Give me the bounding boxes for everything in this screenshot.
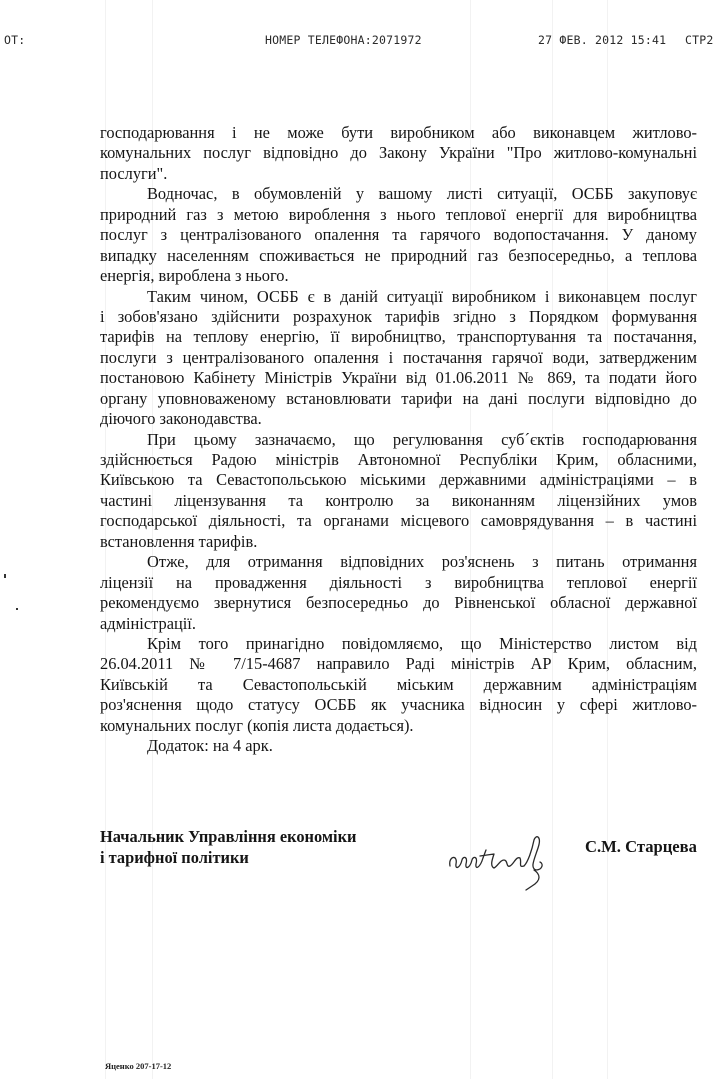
executor-note: Яценко 207-17-12: [105, 1061, 171, 1071]
body-line: Київською та Севастопольською міськими д…: [100, 470, 697, 490]
body-line: Київській та Севастопольській міським де…: [100, 675, 697, 695]
body-line: здійснюється Радою міністрів Автономної …: [100, 450, 697, 470]
signatory-title-line: і тарифної політики: [100, 847, 356, 868]
fax-from-label: ОТ:: [4, 33, 25, 47]
body-line: При цьому зазначаємо, що регулювання суб…: [100, 430, 697, 450]
fax-header: ОТ: НОМЕР ТЕЛЕФОНА:2071972 27 ФЕВ. 2012 …: [0, 0, 728, 40]
body-line: комунальних послуг (копія листа додаєтьс…: [100, 716, 697, 736]
signatory-name: С.М. Старцева: [585, 837, 697, 857]
body-line: адміністрації.: [100, 614, 697, 634]
body-line: комунальних послуг відповідно до Закону …: [100, 143, 697, 163]
letter-body: господарювання і не може бути виробником…: [100, 123, 697, 757]
body-line: природний газ з метою вироблення з нього…: [100, 205, 697, 225]
body-line: Крім того принагідно повідомляємо, що Мі…: [100, 634, 697, 654]
body-line: енергія, вироблена з нього.: [100, 266, 697, 286]
body-line: тарифів на теплову енергію, її виробницт…: [100, 327, 697, 347]
signatory-title: Начальник Управління економіки і тарифно…: [100, 826, 356, 868]
handwritten-signature-icon: [446, 826, 566, 896]
fax-phone-number: НОМЕР ТЕЛЕФОНА:2071972: [265, 33, 422, 47]
body-line: послуг з централізованого опалення та га…: [100, 225, 697, 245]
fax-page-number: СТР2: [685, 33, 714, 47]
body-line: 26.04.2011 № 7/15-4687 направило Раді мі…: [100, 654, 697, 674]
body-line: діючого законодавства.: [100, 409, 697, 429]
body-line: Отже, для отримання відповідних роз'ясне…: [100, 552, 697, 572]
body-line: постановою Кабінету Міністрів України ві…: [100, 368, 697, 388]
body-line: випадку населенням споживається не приро…: [100, 246, 697, 266]
body-line: рекомендуємо звернутися безпосередньо до…: [100, 593, 697, 613]
body-line: послуги з централізованого опалення і по…: [100, 348, 697, 368]
attachment-note: Додаток: на 4 арк.: [100, 736, 697, 756]
body-line: послуги".: [100, 164, 697, 184]
body-line: роз'яснення щодо статусу ОСББ як учасник…: [100, 695, 697, 715]
body-line: господарської діяльності, та органами мі…: [100, 511, 697, 531]
scan-speck: [4, 574, 6, 578]
scan-speck: [16, 608, 18, 610]
body-line: Водночас, в обумовленій у вашому листі с…: [100, 184, 697, 204]
body-line: і зобов'язано здійснити розрахунок тариф…: [100, 307, 697, 327]
body-line: господарювання і не може бути виробником…: [100, 123, 697, 143]
body-line: встановлення тарифів.: [100, 532, 697, 552]
signatory-title-line: Начальник Управління економіки: [100, 826, 356, 847]
body-line: частині ліцензування та контролю за вико…: [100, 491, 697, 511]
body-line: Таким чином, ОСББ є в даній ситуації вир…: [100, 287, 697, 307]
body-line: органу уповноваженому встановлювати тари…: [100, 389, 697, 409]
fax-date-time: 27 ФЕВ. 2012 15:41: [538, 33, 666, 47]
signature-block: Начальник Управління економіки і тарифно…: [100, 826, 700, 886]
body-line: ліцензії на провадження діяльності з вир…: [100, 573, 697, 593]
